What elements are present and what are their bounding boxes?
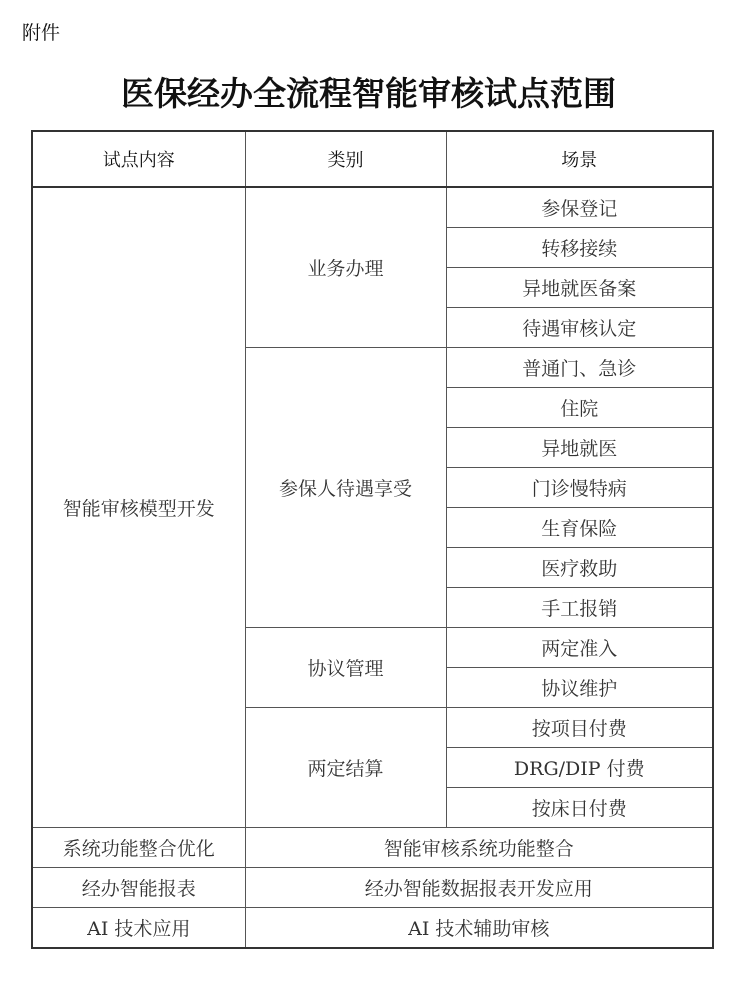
table-row: 智能审核模型开发 业务办理 参保登记	[32, 187, 713, 228]
scene-cell: 异地就医	[446, 428, 713, 468]
scene-cell: 医疗救助	[446, 548, 713, 588]
category-cell: 两定结算	[245, 708, 446, 828]
detail-cell: 经办智能数据报表开发应用	[245, 868, 713, 908]
category-cell: 业务办理	[245, 187, 446, 348]
header-category: 类别	[245, 131, 446, 187]
table-row: 系统功能整合优化 智能审核系统功能整合	[32, 828, 713, 868]
scene-cell: 生育保险	[446, 508, 713, 548]
table-row: 经办智能报表 经办智能数据报表开发应用	[32, 868, 713, 908]
scene-cell: 转移接续	[446, 228, 713, 268]
scene-cell: 参保登记	[446, 187, 713, 228]
content-cell: 经办智能报表	[32, 868, 245, 908]
content-cell: AI 技术应用	[32, 908, 245, 949]
detail-cell: 智能审核系统功能整合	[245, 828, 713, 868]
scene-cell: 异地就医备案	[446, 268, 713, 308]
scene-cell: DRG/DIP 付费	[446, 748, 713, 788]
header-scene: 场景	[446, 131, 713, 187]
content-cell: 系统功能整合优化	[32, 828, 245, 868]
category-cell: 参保人待遇享受	[245, 348, 446, 628]
scene-cell: 住院	[446, 388, 713, 428]
scene-cell: 普通门、急诊	[446, 348, 713, 388]
scene-cell: 两定准入	[446, 628, 713, 668]
category-cell: 协议管理	[245, 628, 446, 708]
header-content: 试点内容	[32, 131, 245, 187]
pilot-scope-table: 试点内容 类别 场景 智能审核模型开发 业务办理 参保登记 转移接续 异地就医备…	[31, 130, 714, 949]
scene-cell: 待遇审核认定	[446, 308, 713, 348]
content-cell: 智能审核模型开发	[32, 187, 245, 828]
scene-cell: 按项目付费	[446, 708, 713, 748]
table-header-row: 试点内容 类别 场景	[32, 131, 713, 187]
page-title: 医保经办全流程智能审核试点范围	[0, 68, 737, 115]
table-row: AI 技术应用 AI 技术辅助审核	[32, 908, 713, 949]
detail-cell: AI 技术辅助审核	[245, 908, 713, 949]
scene-cell: 门诊慢特病	[446, 468, 713, 508]
scene-cell: 手工报销	[446, 588, 713, 628]
scene-cell: 协议维护	[446, 668, 713, 708]
scene-cell: 按床日付费	[446, 788, 713, 828]
attachment-label: 附件	[22, 18, 60, 45]
